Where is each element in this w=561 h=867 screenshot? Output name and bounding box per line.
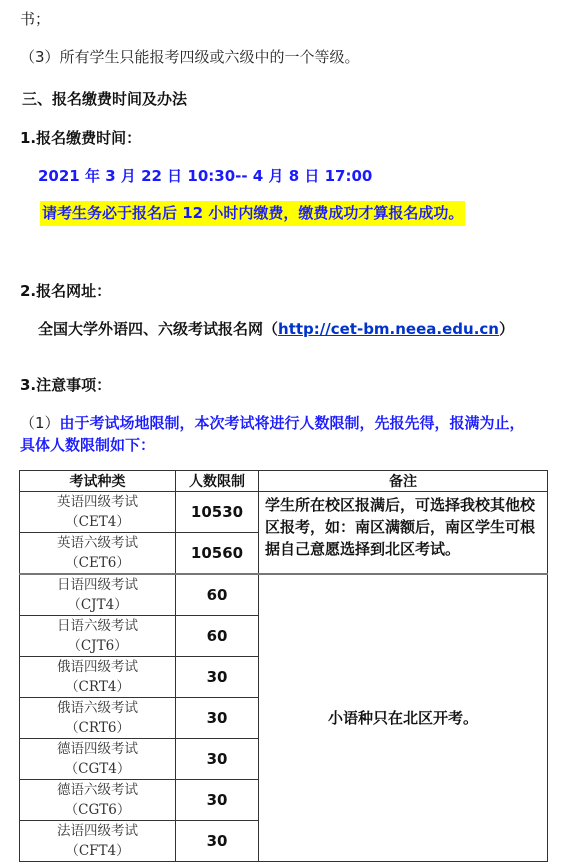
payment-notice: 请考生务必于报名后 12 小时内缴费，缴费成功才算报名成功。 (40, 202, 465, 223)
rule-3: （3）所有学生只能报考四级或六级中的一个等级。 (20, 46, 360, 67)
exam-name: 英语四级考试 (20, 492, 175, 512)
note-item-1-prefix: （1） (20, 414, 60, 432)
table-row: 英语四级考试（CET4） 10530 学生所在校区报满后，可选择我校其他校区报考… (20, 492, 548, 533)
exam-type-cell: 英语六级考试（CET6） (20, 533, 176, 575)
exam-name: 德语四级考试 (20, 739, 175, 759)
quota-table: 考试种类 人数限制 备注 英语四级考试（CET4） 10530 学生所在校区报满… (19, 470, 548, 862)
registration-period: 2021 年 3 月 22 日 10:30-- 4 月 8 日 17:00 (38, 165, 372, 186)
table-header-row: 考试种类 人数限制 备注 (20, 471, 548, 492)
quota-cell: 60 (176, 616, 259, 657)
exam-type-cell: 法语四级考试（CFT4） (20, 821, 176, 862)
quota-cell: 30 (176, 780, 259, 821)
exam-type-cell: 德语六级考试（CGT6） (20, 780, 176, 821)
note-item-1-text: 由于考试场地限制，本次考试将进行人数限制，先报先得，报满为止， (60, 414, 525, 432)
quota-cell: 30 (176, 739, 259, 780)
exam-code: （CJT4） (20, 595, 175, 615)
exam-type-cell: 德语四级考试（CGT4） (20, 739, 176, 780)
subheading-notes: 3.注意事项： (20, 374, 111, 395)
subheading-fee-time: 1.报名缴费时间： (20, 127, 141, 148)
exam-code: （CET4） (20, 512, 175, 532)
remark-minor-languages: 小语种只在北区开考。 (259, 574, 548, 862)
exam-name: 俄语四级考试 (20, 657, 175, 677)
text-fragment: 书； (20, 8, 50, 29)
exam-name: 德语六级考试 (20, 780, 175, 800)
quota-cell: 10530 (176, 492, 259, 533)
exam-name: 日语四级考试 (20, 575, 175, 595)
note-item-1-continued: 具体人数限制如下： (20, 434, 155, 455)
section-heading: 三、报名缴费时间及办法 (22, 88, 187, 109)
exam-code: （CGT6） (20, 800, 175, 820)
exam-type-cell: 英语四级考试（CET4） (20, 492, 176, 533)
quota-cell: 30 (176, 698, 259, 739)
exam-name: 法语四级考试 (20, 821, 175, 841)
exam-name: 英语六级考试 (20, 533, 175, 553)
header-quota: 人数限制 (176, 471, 259, 492)
quota-cell: 30 (176, 657, 259, 698)
exam-code: （CRT4） (20, 677, 175, 697)
quota-cell: 30 (176, 821, 259, 862)
header-exam-type: 考试种类 (20, 471, 176, 492)
website-suffix: ） (499, 320, 514, 338)
website-line: 全国大学外语四、六级考试报名网（http://cet-bm.neea.edu.c… (38, 318, 514, 339)
exam-code: （CFT4） (20, 841, 175, 861)
exam-type-cell: 日语六级考试（CJT6） (20, 616, 176, 657)
note-item-1: （1）由于考试场地限制，本次考试将进行人数限制，先报先得，报满为止， (20, 412, 525, 433)
exam-code: （CRT6） (20, 718, 175, 738)
header-remarks: 备注 (259, 471, 548, 492)
exam-code: （CJT6） (20, 636, 175, 656)
exam-code: （CET6） (20, 553, 175, 573)
website-prefix: 全国大学外语四、六级考试报名网（ (38, 320, 278, 338)
exam-type-cell: 俄语四级考试（CRT4） (20, 657, 176, 698)
exam-type-cell: 日语四级考试（CJT4） (20, 574, 176, 616)
exam-code: （CGT4） (20, 759, 175, 779)
exam-name: 俄语六级考试 (20, 698, 175, 718)
exam-type-cell: 俄语六级考试（CRT6） (20, 698, 176, 739)
quota-cell: 10560 (176, 533, 259, 575)
website-link[interactable]: http://cet-bm.neea.edu.cn (278, 320, 499, 338)
remark-english: 学生所在校区报满后，可选择我校其他校区报考，如：南区满额后，南区学生可根据自己意… (259, 492, 548, 575)
exam-name: 日语六级考试 (20, 616, 175, 636)
subheading-website: 2.报名网址： (20, 280, 111, 301)
quota-cell: 60 (176, 574, 259, 616)
table-row: 日语四级考试（CJT4） 60 小语种只在北区开考。 (20, 574, 548, 616)
payment-notice-highlight: 请考生务必于报名后 12 小时内缴费，缴费成功才算报名成功。 (40, 201, 465, 226)
